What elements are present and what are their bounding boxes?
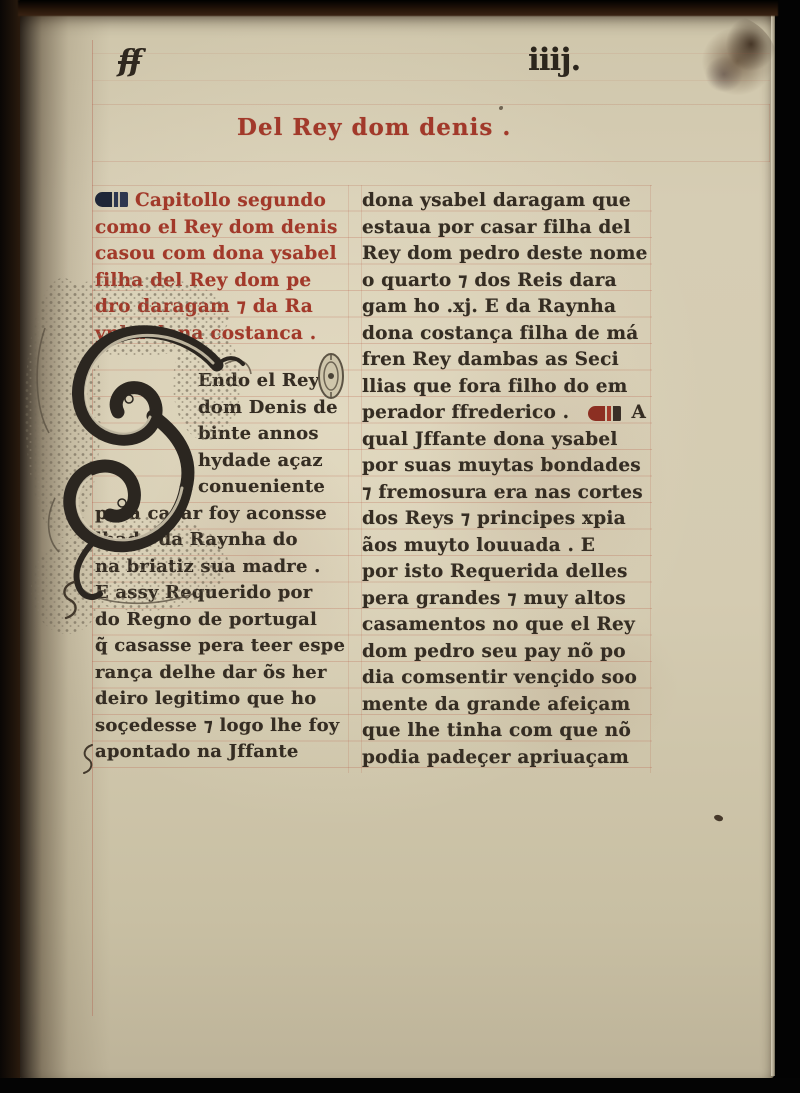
margin-flourish-icon bbox=[58, 578, 80, 622]
manuscript-line: por suas muytas bondades bbox=[362, 453, 652, 480]
manuscript-line: Rey dom pedro deste nome bbox=[362, 241, 652, 268]
manuscript-line: Capitollo segundo bbox=[95, 188, 351, 215]
line-text: Capitollo segundo bbox=[135, 190, 326, 211]
manuscript-line: ⁊ fremosura era nas cortes bbox=[362, 480, 652, 507]
manuscript-line: casamentos no que el Rey bbox=[362, 612, 652, 639]
manuscript-photo: ff iiij. Del Rey dom denis . Capitollo s… bbox=[0, 0, 800, 1093]
ruling-line-header-bottom bbox=[92, 161, 770, 162]
manuscript-line: que lhe tinha com que nõ bbox=[362, 718, 652, 745]
manuscript-line: por isto Requerida delles bbox=[362, 559, 652, 586]
line-text: A bbox=[631, 400, 646, 427]
manuscript-line: dom pedro seu pay nõ po bbox=[362, 639, 652, 666]
photo-bottom-edge bbox=[0, 1078, 800, 1093]
paraph-mark-icon bbox=[95, 192, 128, 207]
manuscript-line: perador ffrederico .A bbox=[362, 400, 652, 427]
penwork-medallion-icon bbox=[317, 351, 345, 401]
ruling-line-columns-top bbox=[92, 185, 652, 186]
running-title: Del Rey dom denis . bbox=[237, 114, 511, 141]
manuscript-line: o quarto ⁊ dos Reis dara bbox=[362, 268, 652, 295]
manuscript-line: fren Rey dambas as Seci bbox=[362, 347, 652, 374]
manuscript-line: llias que fora filho do em bbox=[362, 374, 652, 401]
manuscript-line: soçedesse ⁊ logo lhe foy bbox=[95, 713, 351, 740]
manuscript-line: deiro legitimo que ho bbox=[95, 686, 351, 713]
ruling-line-header-top bbox=[92, 104, 770, 105]
manuscript-line: podia padeçer apriuaçam bbox=[362, 745, 652, 772]
manuscript-line: pera grandes ⁊ muy altos bbox=[362, 586, 652, 613]
manuscript-line: casou com dona ysabel bbox=[95, 241, 351, 268]
ruling-line-top-margin bbox=[92, 53, 770, 54]
manuscript-line: qual Jffante dona ysabel bbox=[362, 427, 652, 454]
book-binding bbox=[0, 0, 20, 1093]
manuscript-line: como el Rey dom denis bbox=[95, 215, 351, 242]
manuscript-line: dos Reys ⁊ principes xpia bbox=[362, 506, 652, 533]
manuscript-line: mente da grande afeiçam bbox=[362, 692, 652, 719]
manuscript-line: estaua por casar filha del bbox=[362, 215, 652, 242]
binding-top-edge bbox=[18, 0, 778, 16]
manuscript-line: apontado na Jffante bbox=[95, 739, 351, 766]
quire-signature-mark: ff bbox=[118, 44, 140, 79]
line-text: perador ffrederico . bbox=[362, 400, 569, 427]
manuscript-line: rança delhe dar õs her bbox=[95, 660, 351, 687]
ruling-line-vertical-header-right bbox=[769, 104, 770, 162]
manuscript-line: gam ho .xj. E da Raynha bbox=[362, 294, 652, 321]
paraph-mark-icon bbox=[588, 406, 621, 421]
ruling-line-top-margin bbox=[92, 80, 770, 81]
manuscript-line: ãos muyto louuada . E bbox=[362, 533, 652, 560]
right-column: dona ysabel daragam queestaua por casar … bbox=[362, 188, 652, 771]
manuscript-line: dona ysabel daragam que bbox=[362, 188, 652, 215]
manuscript-line: dona costança filha de má bbox=[362, 321, 652, 348]
folio-number: iiij. bbox=[528, 42, 580, 78]
manuscript-line: dia comsentir vençido soo bbox=[362, 665, 652, 692]
page-fore-edge bbox=[771, 14, 775, 1076]
margin-flourish-icon bbox=[80, 742, 96, 776]
